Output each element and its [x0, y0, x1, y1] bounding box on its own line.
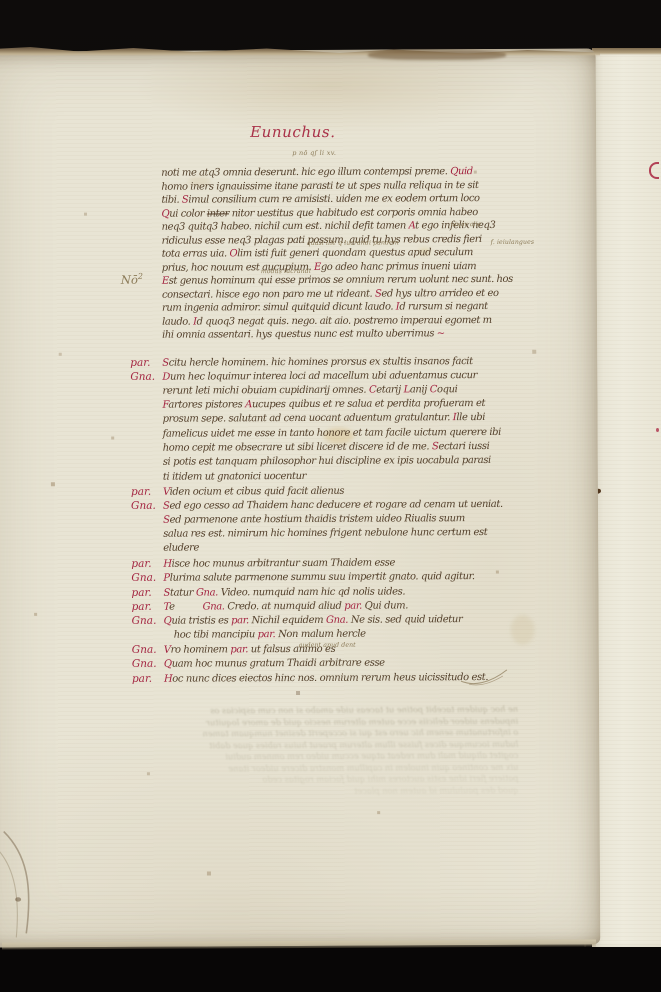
interlinear-gloss: uiuar alie [451, 221, 482, 228]
red-initial-fragment [649, 162, 659, 179]
line-text: Hisce hoc munus arbitrantur suam Thaidem… [163, 557, 395, 569]
manuscript-photo: Eunuchus. p nō qſ li xv. Nō2 noti me atq… [0, 0, 661, 992]
showthrough-line: quod des paululum id autem non placet [174, 784, 519, 797]
interlinear-gloss: f. ieiulangues [491, 239, 534, 246]
deckle-stain [368, 50, 506, 60]
line-text: Viden ocium et cibus quid facit alienus [163, 486, 344, 498]
line-text: Fartores pistores Aucupes quibus et re s… [162, 398, 485, 411]
line-text: prosum sepe. salutant ad cena uocant adu… [163, 412, 486, 425]
facing-page-edge [592, 52, 661, 947]
line-text: tota erras uia. Olim isti fuit generi qu… [162, 247, 473, 260]
heading-gloss: p nō qſ li xv. [292, 149, 336, 157]
line-text: ti itidem ut gnatonici uocentur [163, 471, 306, 483]
speaker-label: par. [132, 601, 164, 613]
speaker-label: Gna. [131, 572, 163, 584]
speaker-label: par. [131, 558, 163, 570]
line-text: noti me atq3 omnia deserunt. hic ego ill… [161, 166, 472, 179]
line-text: eludere [163, 543, 199, 554]
speaker-label: Gna. [131, 500, 163, 512]
line-text: ihi omnia assentari. hys questus nunc es… [162, 328, 445, 340]
line-text: Plurima salute parmenone summu suu imper… [163, 571, 474, 584]
speaker-label: par. [131, 486, 163, 498]
line-text: rum ingenia admiror. simul quitquid dicu… [162, 301, 488, 314]
line-text: homo iners ignauissime itane parasti te … [161, 180, 478, 193]
line-text: tibi. Simul consilium cum re amisisti. u… [161, 193, 479, 206]
line-text: Statur Gna. Video. numquid nam hic qd no… [163, 586, 405, 598]
page-leaf: Eunuchus. p nō qſ li xv. Nō2 noti me atq… [0, 48, 600, 947]
prose-block: noti me atq3 omnia deserunt. hic ego ill… [161, 166, 513, 343]
interlinear-gloss: modus lucrandi [261, 268, 311, 275]
line-text: homo cepit me obsecrare ut sibi liceret … [163, 441, 490, 454]
line-text: hoc tibi mancipiu par. Non malum hercle [164, 628, 366, 640]
line-text: consectari. hisce ego non paro me ut rid… [162, 287, 499, 300]
line-text: rerunt leti michi obuiam cupidinarij omn… [162, 384, 457, 397]
showthrough-text: ne hoc quidem tacebit potine ut taceas u… [173, 704, 518, 798]
line-text: laudo. Id quoq3 negat quis. nego. ait ai… [162, 314, 492, 327]
line-text: Qui color inter nitor uestitus que habit… [161, 207, 477, 220]
speaker-label: Gna. [130, 371, 162, 383]
speaker-label: Gna. [132, 615, 164, 627]
line-text: Sed parmenone ante hostium thaidis trist… [163, 513, 465, 526]
line-text: TeGna. Credo. at numquid aliud par. Qui … [164, 600, 408, 612]
line-text: Quam hoc munus gratum Thaidi arbitrare e… [164, 658, 385, 670]
line-text: Est genus hominum qui esse primos se omn… [162, 274, 513, 287]
nota-text: Nō [121, 273, 138, 287]
nota-flourish: 2 [138, 272, 143, 281]
line-text: Scitu hercle hominem. hic homines prorsu… [162, 356, 472, 369]
speaker-label: par. [130, 357, 162, 369]
line-text: prius, hoc nouum est aucupium. Ego adeo … [162, 261, 476, 274]
red-ink-speck [656, 428, 659, 432]
speaker-label: Gna. [132, 644, 164, 656]
nota-margin-note: Nō2 [121, 272, 143, 287]
speaker-label: par. [131, 586, 163, 598]
fold-crease [0, 823, 60, 951]
line-text: Hoc nunc dices eiectos hinc nos. omnium … [164, 672, 488, 685]
text-line: ihi omnia assentari. hys questus nunc es… [162, 328, 513, 343]
line-text: neq3 quitq3 habeo. nichil cum est. nichi… [162, 220, 496, 233]
line-text: Dum hec loquimur interea loci ad macellu… [162, 370, 477, 383]
interlinear-gloss: audent apud dent [299, 642, 356, 649]
line-text: Sed ego cesso ad Thaidem hanc deducere e… [163, 499, 503, 512]
line-text: si potis est tanquam philosophor hui dis… [163, 455, 491, 468]
line-text: salua res est. nimirum hic homines frige… [163, 527, 487, 540]
deckle-edge [0, 46, 600, 56]
line-text: Quia tristis es par. Nichil equidem Gna.… [164, 614, 463, 627]
speaker-label: par. [132, 672, 164, 684]
pen-flourish [459, 665, 511, 689]
chapter-heading: Eunuchus. [250, 123, 336, 141]
text-line: par.Hoc nunc dices eiectos hinc nos. omn… [132, 670, 504, 686]
interlinear-gloss: quasi ille q lucrandi pandem [307, 239, 399, 246]
dialogue-block: par.Scitu hercle hominem. hic homines pr… [130, 355, 503, 687]
paper-texture [592, 52, 661, 947]
stain [511, 615, 535, 645]
line-text: famelicus uidet me esse in tanto honore … [163, 427, 501, 440]
speaker-label: Gna. [132, 658, 164, 670]
